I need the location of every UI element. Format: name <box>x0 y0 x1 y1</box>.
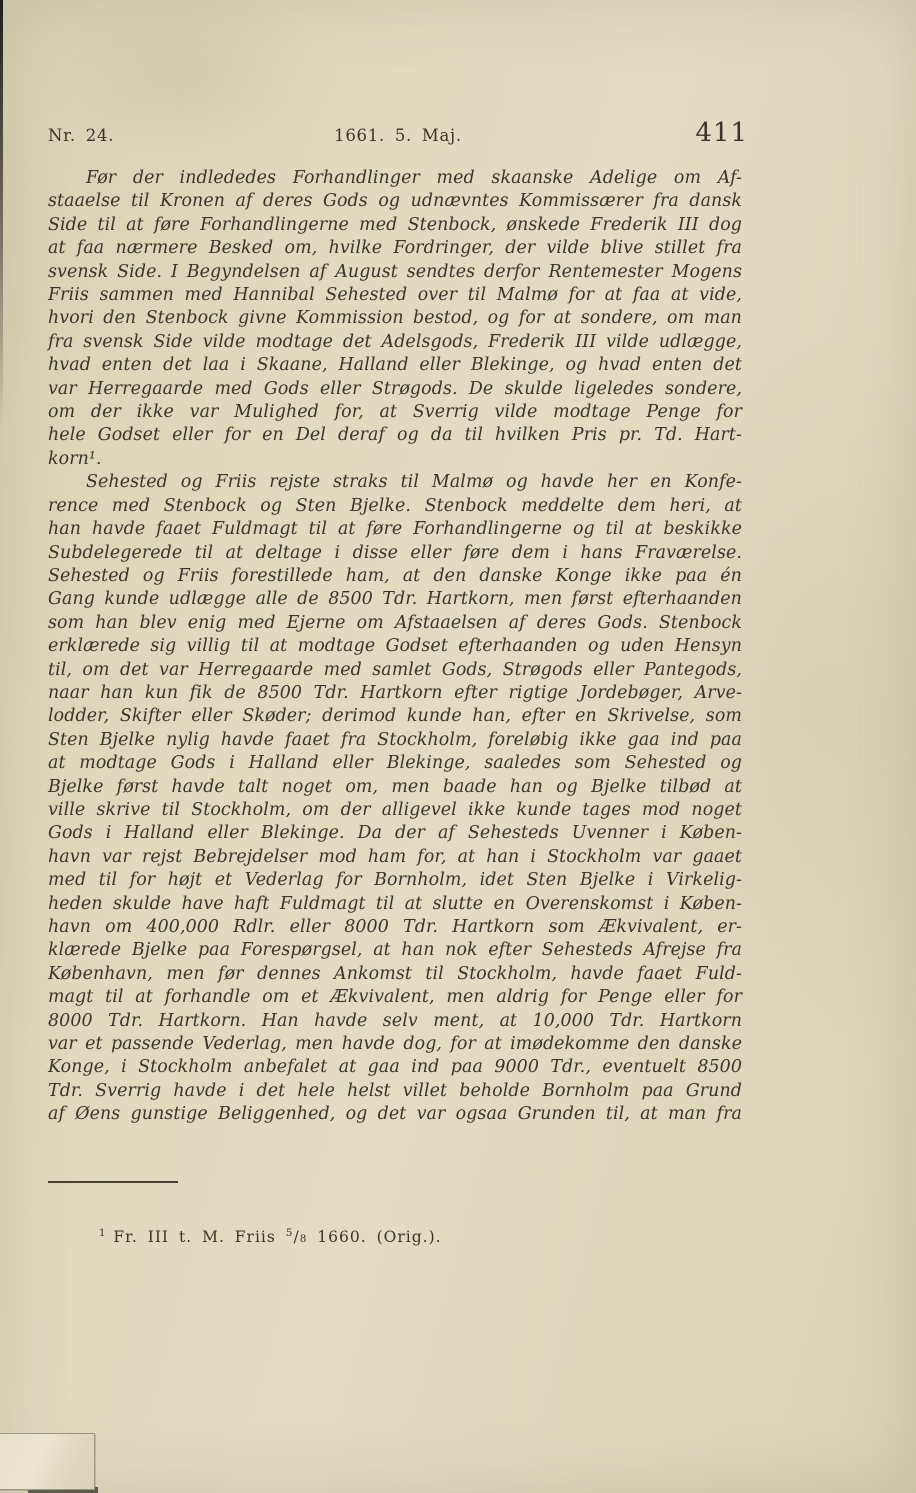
text-line: havn var rejst Bebrejdelser mod ham for,… <box>48 846 742 869</box>
text-line: som han blev enig med Ejerne om Afstaael… <box>48 612 742 635</box>
text-line: havn om 400,000 Rdlr. eller 8000 Tdr. Ha… <box>48 916 742 939</box>
page-header: Nr. 24. 1661. 5. Maj. 411 <box>48 120 748 152</box>
paper-slip-artifact <box>0 1433 95 1490</box>
text-line: af Øens gunstige Beliggenhed, og det var… <box>48 1103 742 1126</box>
text-line: til, om det var Herregaarde med samlet G… <box>48 659 742 682</box>
text-line: erklærede sig villig til at modtage Gods… <box>48 635 742 658</box>
text-line: København, men før dennes Ankomst til St… <box>48 963 742 986</box>
page-number: 411 <box>695 118 748 148</box>
text-line: han havde faaet Fuldmagt til at føre For… <box>48 518 742 541</box>
footnote-separator <box>48 1181 178 1183</box>
text-line: Gang kunde udlægge alle de 8500 Tdr. Har… <box>48 588 742 611</box>
page-body: Før der indlededes Forhandlinger med ska… <box>48 167 742 1127</box>
text-line: hele Godset eller for en Del deraf og da… <box>48 424 742 447</box>
scan-edge-shadow <box>0 0 3 430</box>
footnote: 1Fr. III t. M. Friis 5/8 1660. (Orig.). <box>99 1227 442 1246</box>
text-line: Sehested og Friis forestillede ham, at d… <box>48 565 742 588</box>
footnote-marker: 1 <box>99 1228 106 1239</box>
text-line: at faa nærmere Besked om, hvilke Fordrin… <box>48 237 742 260</box>
text-line: hvori den Stenbock givne Kommission best… <box>48 307 742 330</box>
footnote-text-pre: Fr. III t. M. Friis <box>113 1228 285 1246</box>
text-line: Subdelegerede til at deltage i disse ell… <box>48 542 742 565</box>
text-line: fra svensk Side vilde modtage det Adelsg… <box>48 331 742 354</box>
text-line: Gods i Halland eller Blekinge. Da der af… <box>48 822 742 845</box>
text-line: Friis sammen med Hannibal Sehested over … <box>48 284 742 307</box>
book-page: Nr. 24. 1661. 5. Maj. 411 Før der indled… <box>0 0 916 1493</box>
header-date: 1661. 5. Maj. <box>48 126 748 145</box>
text-line: var Herregaarde med Gods eller Strøgods.… <box>48 378 742 401</box>
text-line: klærede Bjelke paa Forespørgsel, at han … <box>48 939 742 962</box>
text-line: svensk Side. I Begyndelsen af August sen… <box>48 261 742 284</box>
text-line: staaelse til Kronen af deres Gods og udn… <box>48 190 742 213</box>
text-line: Side til at føre Forhandlingerne med Ste… <box>48 214 742 237</box>
text-line: Tdr. Sverrig havde i det hele helst vill… <box>48 1080 742 1103</box>
text-line: naar han kun fik de 8500 Tdr. Hartkorn e… <box>48 682 742 705</box>
text-line: om der ikke var Mulighed for, at Sverrig… <box>48 401 742 424</box>
text-line: magt til at forhandle om et Ækvivalent, … <box>48 986 742 1009</box>
text-line: rence med Stenbock og Sten Bjelke. Stenb… <box>48 495 742 518</box>
text-line: hvad enten det laa i Skaane, Halland ell… <box>48 354 742 377</box>
text-line: lodder, Skifter eller Skøder; derimod ku… <box>48 705 742 728</box>
text-line: korn¹. <box>48 448 742 471</box>
text-line: med til for højt et Vederlag for Bornhol… <box>48 869 742 892</box>
text-line: Sehested og Friis rejste straks til Malm… <box>48 471 742 494</box>
text-line: Konge, i Stockholm anbefalet at gaa ind … <box>48 1056 742 1079</box>
text-line: Sten Bjelke nylig havde faaet fra Stockh… <box>48 729 742 752</box>
text-line: var et passende Vederlag, men havde dog,… <box>48 1033 742 1056</box>
text-line: ville skrive til Stockholm, om der allig… <box>48 799 742 822</box>
footnote-date-fraction: 5/8 <box>286 1228 308 1246</box>
text-line: heden skulde have haft Fuldmagt til at s… <box>48 893 742 916</box>
text-line: 8000 Tdr. Hartkorn. Han havde selv ment,… <box>48 1010 742 1033</box>
text-line: Før der indlededes Forhandlinger med ska… <box>48 167 742 190</box>
text-line: Bjelke først havde talt noget om, men ba… <box>48 776 742 799</box>
footnote-text-post: 1660. (Orig.). <box>307 1228 441 1246</box>
text-line: at modtage Gods i Halland eller Blekinge… <box>48 752 742 775</box>
